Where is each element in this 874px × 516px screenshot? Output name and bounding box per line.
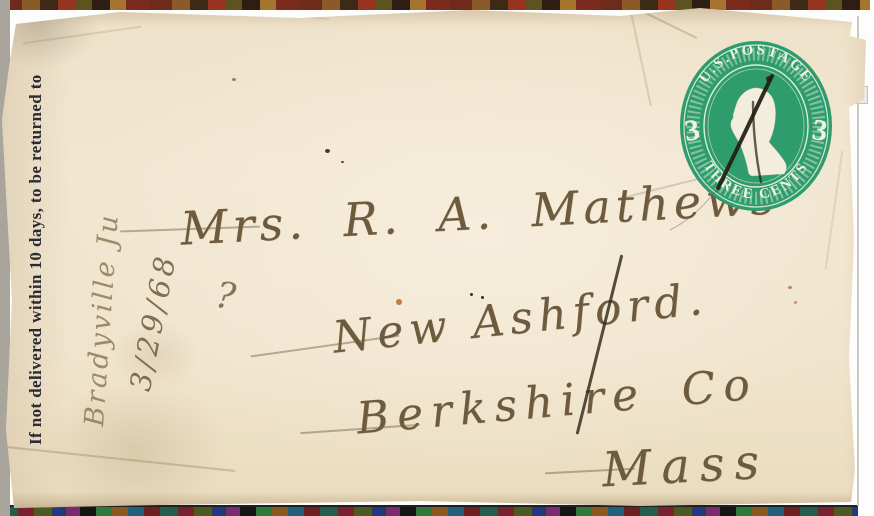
address-line-state: Mass [601,434,771,499]
postage-stamp: U.S.POSTAGE THREE CENTS 3 3 [678,38,834,214]
ink-speck [470,293,473,296]
background-top-edge [0,0,870,10]
crease [240,10,330,20]
background-bottom-edge [0,505,858,516]
smudge [0,0,100,70]
ink-speck [232,78,236,81]
envelope: If not delivered within 10 days, to be r… [0,0,874,516]
return-notice-text: If not delivered within 10 days, to be r… [26,25,46,445]
pencil-question-mark: ? [213,275,238,318]
red-speck [794,301,797,304]
ink-speck [325,149,330,153]
address-line-town: New Ashford. [330,273,710,363]
pen-cancel-blob [766,76,772,82]
envelope-photo: If not delivered within 10 days, to be r… [0,0,874,516]
ink-speck [341,161,344,163]
crease [630,13,652,106]
foxing-dot [396,299,402,305]
address-line-county: Berkshire Co [355,359,760,445]
red-speck [788,286,792,289]
